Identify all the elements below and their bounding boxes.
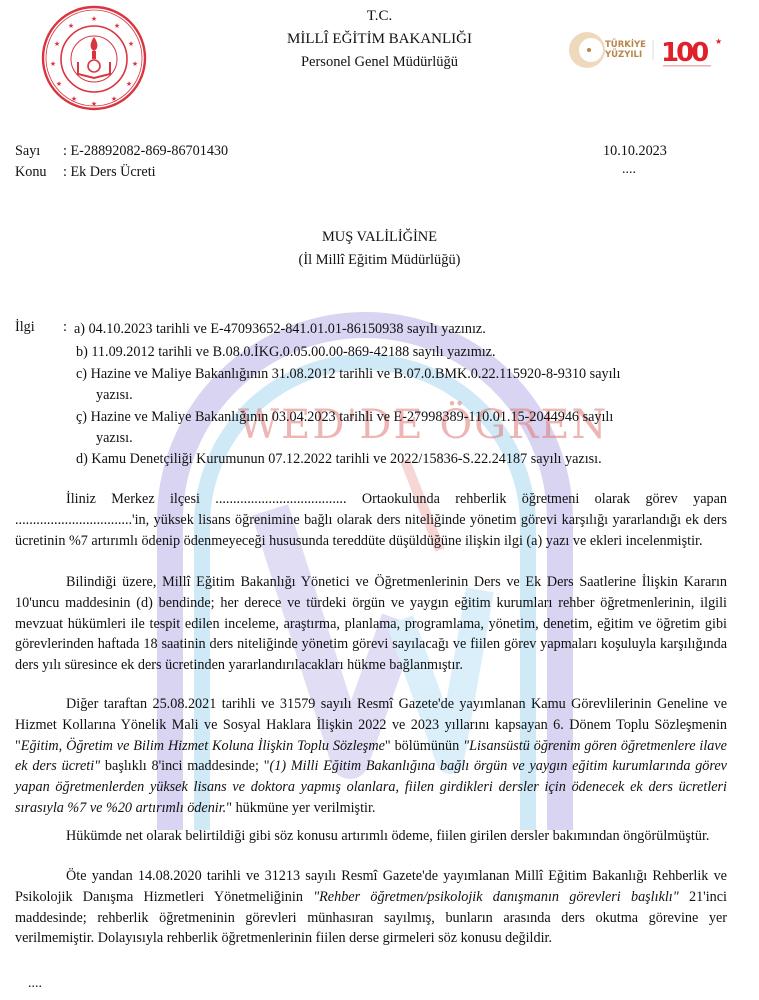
svg-text:★: ★ [91, 100, 97, 108]
recipient-title: MUŞ VALİLİĞİNE [0, 229, 759, 246]
svg-text:★: ★ [111, 95, 117, 103]
paragraph-3: Diğer taraftan 25.08.2021 tarihli ve 315… [15, 694, 727, 819]
p3-text-3: başlıklı 8'inci maddesinde; " [100, 758, 269, 774]
p3-italic-1: Eğitim, Öğretim ve Bilim Hizmet Koluna İ… [21, 738, 385, 754]
ilgi-item-cc: ç) Hazine ve Maliye Bakanlığının 03.04.2… [76, 407, 728, 449]
ilgi-item-a: a) 04.10.2023 tarihli ve E-47093652-841.… [74, 319, 726, 340]
ilgi-colon: : [63, 319, 67, 336]
ilgi-item-text: d) Kamu Denetçiliği Kurumunun 07.12.2022… [76, 451, 602, 467]
paragraph-1: İliniz Merkez ilçesi ...................… [15, 489, 727, 551]
ilgi-item-text: c) Hazine ve Maliye Bakanlığının 31.08.2… [76, 366, 620, 382]
document-date: 10.10.2023 [603, 143, 667, 160]
sayi-value: : E-28892082-869-86701430 [63, 143, 228, 160]
svg-text:★: ★ [56, 80, 62, 88]
ilgi-item-c: c) Hazine ve Maliye Bakanlığının 31.08.2… [76, 364, 728, 406]
svg-text:★: ★ [71, 95, 77, 103]
p5-italic-1: "Rehber öğretmen/psikolojik danışmanın g… [313, 889, 679, 905]
ilgi-item-text: b) 11.09.2012 tarihli ve B.08.0.İKG.0.05… [76, 344, 496, 360]
ilgi-item-text: a) 04.10.2023 tarihli ve E-47093652-841.… [74, 321, 486, 337]
closing-ellipsis: .... [28, 976, 42, 992]
header-ministry: MİLLÎ EĞİTİM BAKANLIĞI [0, 29, 759, 49]
ilgi-item-continuation: yazısı. [76, 385, 728, 406]
konu-value: : Ek Ders Ücreti [63, 164, 156, 181]
p3-text-4: " hükmüne yer verilmiştir. [226, 800, 375, 816]
svg-text:★: ★ [126, 80, 132, 88]
ilgi-item-d: d) Kamu Denetçiliği Kurumunun 07.12.2022… [76, 449, 728, 470]
paragraph-4: Hükümde net olarak belirtildiği gibi söz… [15, 826, 727, 847]
konu-label: Konu [15, 164, 47, 181]
header-tc: T.C. [0, 6, 759, 26]
header-department: Personel Genel Müdürlüğü [0, 52, 759, 72]
paragraph-2: Bilindiği üzere, Millî Eğitim Bakanlığı … [15, 572, 727, 676]
recipient-subtitle: (İl Millî Eğitim Müdürlüğü) [0, 252, 759, 269]
p3-text-2: " bölümünün [385, 738, 463, 754]
sayi-label: Sayı [15, 143, 40, 160]
ilgi-item-text: ç) Hazine ve Maliye Bakanlığının 03.04.2… [76, 409, 613, 425]
ilgi-label: İlgi [15, 319, 35, 336]
paragraph-5: Öte yandan 14.08.2020 tarihli ve 31213 s… [15, 866, 727, 949]
date-ellipsis: .... [622, 162, 636, 178]
ilgi-item-continuation: yazısı. [76, 428, 728, 449]
ilgi-item-b: b) 11.09.2012 tarihli ve B.08.0.İKG.0.05… [76, 342, 728, 363]
